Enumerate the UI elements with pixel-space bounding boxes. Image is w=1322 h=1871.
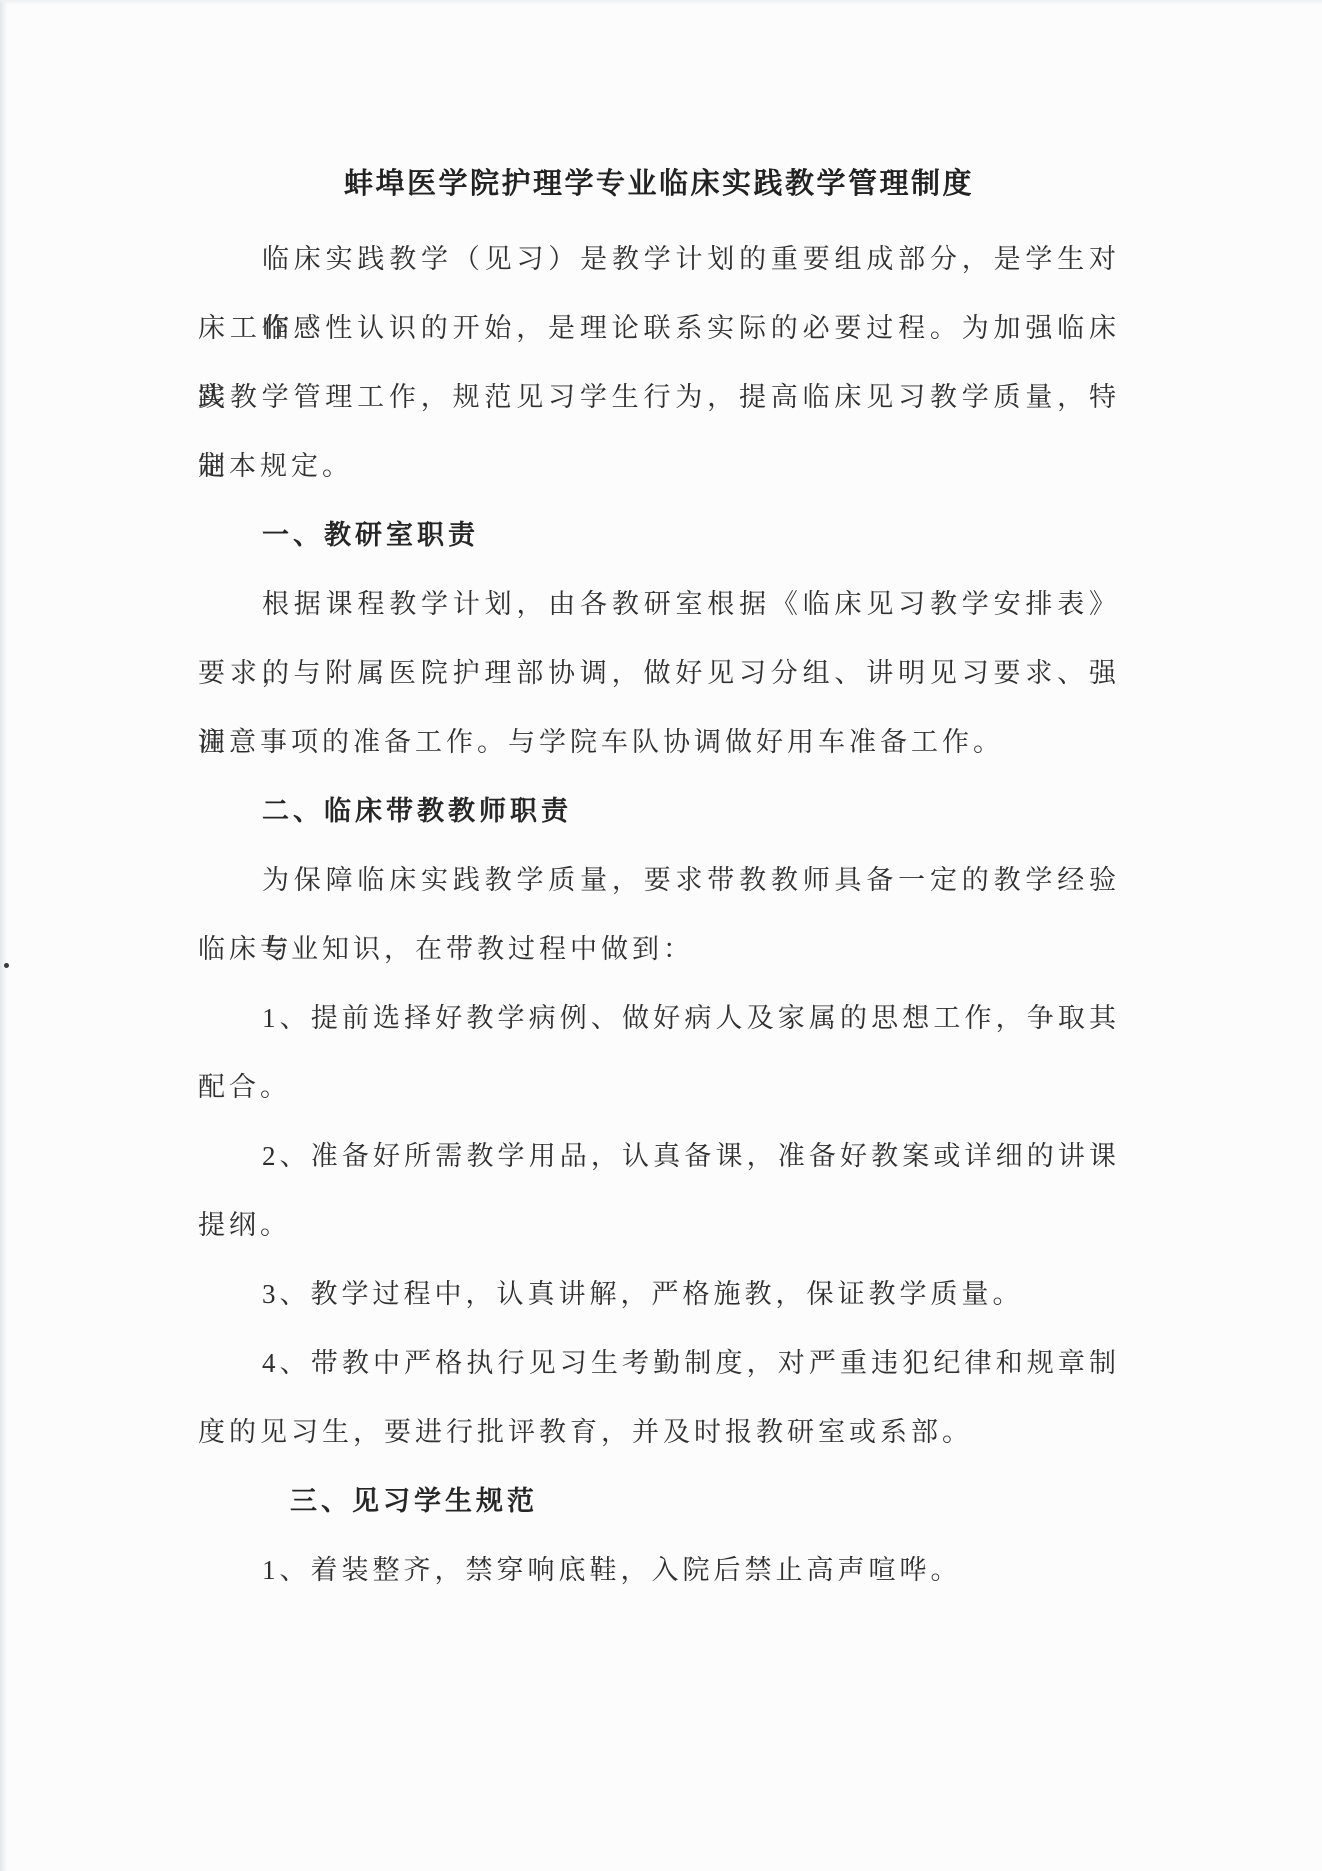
doc-line: 注意事项的准备工作。与学院车队协调做好用车准备工作。 <box>198 708 1120 777</box>
doc-line: 临床专业知识，在带教过程中做到： <box>198 915 1120 984</box>
doc-line: 1、着装整齐，禁穿响底鞋，入院后禁止高声喧哗。 <box>198 1536 1120 1605</box>
document-title: 蚌埠医学院护理学专业临床实践教学管理制度 <box>198 150 1120 219</box>
scanned-page: 蚌埠医学院护理学专业临床实践教学管理制度 临床实践教学（见习）是教学计划的重要组… <box>0 0 1322 1871</box>
doc-line: 度的见习生，要进行批评教育，并及时报教研室或系部。 <box>198 1398 1120 1467</box>
doc-line: 根据课程教学计划，由各教研室根据《临床见习教学安排表》的 <box>198 570 1120 639</box>
doc-line: 配合。 <box>198 1053 1120 1122</box>
doc-line: 2、准备好所需教学用品，认真备课，准备好教案或详细的讲课 <box>198 1122 1120 1191</box>
doc-line: 临床实践教学（见习）是教学计划的重要组成部分，是学生对临 <box>198 225 1120 294</box>
doc-line: 为保障临床实践教学质量，要求带教教师具备一定的教学经验与 <box>198 846 1120 915</box>
scan-speck <box>4 963 9 968</box>
document-body: 蚌埠医学院护理学专业临床实践教学管理制度 临床实践教学（见习）是教学计划的重要组… <box>198 150 1120 1605</box>
doc-line: 床工作感性认识的开始，是理论联系实际的必要过程。为加强临床实 <box>198 294 1120 363</box>
doc-line: 1、提前选择好教学病例、做好病人及家属的思想工作，争取其 <box>198 984 1120 1053</box>
doc-line: 提纲。 <box>198 1191 1120 1260</box>
doc-line: 4、带教中严格执行见习生考勤制度，对严重违犯纪律和规章制 <box>198 1329 1120 1398</box>
scan-left-edge-shadow <box>0 0 7 1871</box>
section-heading-3: 三、见习学生规范 <box>198 1467 1120 1536</box>
doc-line: 3、教学过程中，认真讲解，严格施教，保证教学质量。 <box>198 1260 1120 1329</box>
section-heading-1: 一、教研室职责 <box>198 501 1120 570</box>
doc-line: 践教学管理工作，规范见习学生行为，提高临床见习教学质量，特制 <box>198 363 1120 432</box>
scan-top-edge-shadow <box>0 0 1322 5</box>
section-heading-2: 二、临床带教教师职责 <box>198 777 1120 846</box>
doc-line: 要求，与附属医院护理部协调，做好见习分组、讲明见习要求、强调 <box>198 639 1120 708</box>
doc-line: 定本规定。 <box>198 432 1120 501</box>
